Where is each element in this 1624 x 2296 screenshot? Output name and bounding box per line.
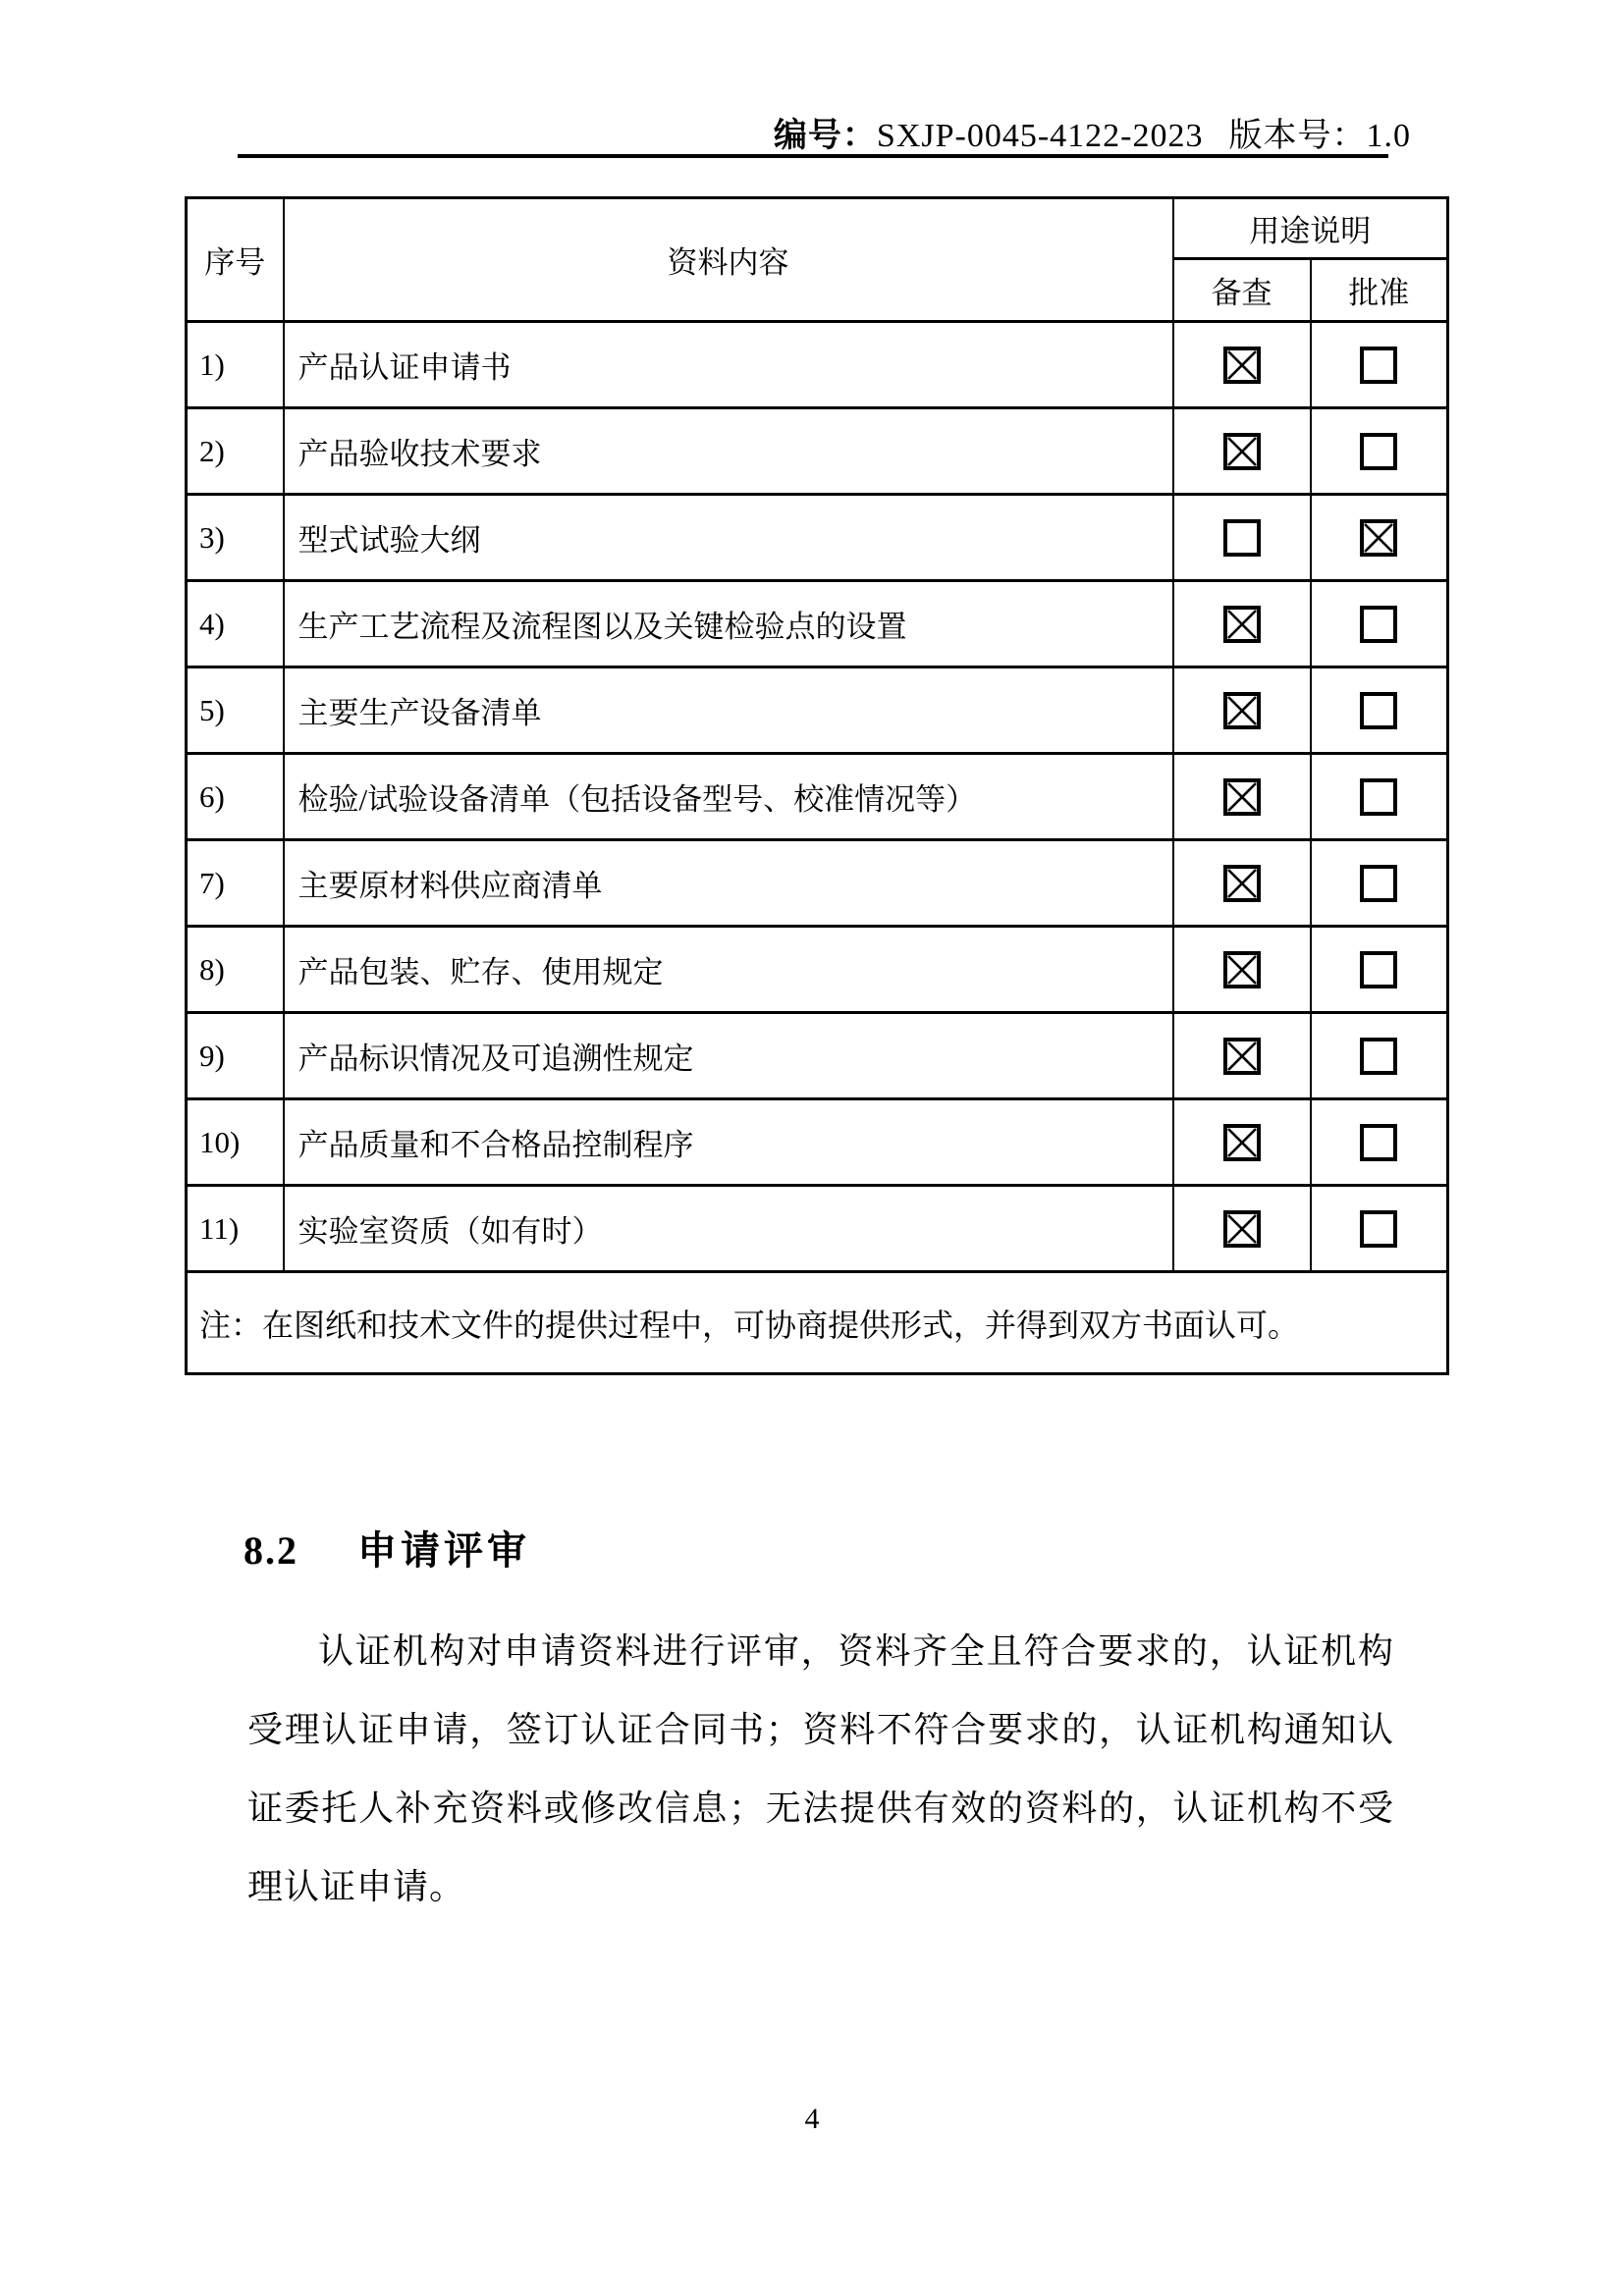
table-row: 4)生产工艺流程及流程图以及关键检验点的设置 (187, 581, 1448, 667)
check-cell (1173, 1186, 1311, 1272)
approve-cell (1311, 1099, 1448, 1186)
row-number: 10) (187, 1099, 284, 1186)
column-header-no: 序号 (187, 198, 284, 322)
check-cell (1173, 667, 1311, 754)
row-number: 3) (187, 495, 284, 581)
approve-cell (1311, 840, 1448, 927)
row-content: 产品质量和不合格品控制程序 (284, 1099, 1173, 1186)
unchecked-checkbox-icon (1360, 1038, 1397, 1075)
table-row: 1)产品认证申请书 (187, 322, 1448, 408)
check-cell (1173, 581, 1311, 667)
materials-table-head: 序号 资料内容 用途说明 备查 批准 (187, 198, 1448, 322)
row-number: 9) (187, 1013, 284, 1099)
approve-cell (1311, 1186, 1448, 1272)
approve-cell (1311, 754, 1448, 840)
table-row: 8)产品包装、贮存、使用规定 (187, 927, 1448, 1013)
checked-checkbox-icon (1223, 347, 1261, 384)
doc-number-value: SXJP-0045-4122-2023 (877, 118, 1204, 154)
row-content: 型式试验大纲 (284, 495, 1173, 581)
row-content: 产品包装、贮存、使用规定 (284, 927, 1173, 1013)
row-number: 6) (187, 754, 284, 840)
checked-checkbox-icon (1223, 1124, 1261, 1161)
check-cell (1173, 1013, 1311, 1099)
checked-checkbox-icon (1223, 692, 1261, 729)
check-cell (1173, 927, 1311, 1013)
table-row: 3)型式试验大纲 (187, 495, 1448, 581)
row-content: 实验室资质（如有时） (284, 1186, 1173, 1272)
row-content: 主要生产设备清单 (284, 667, 1173, 754)
row-number: 7) (187, 840, 284, 927)
checked-checkbox-icon (1223, 778, 1261, 816)
table-row: 7)主要原材料供应商清单 (187, 840, 1448, 927)
approve-cell (1311, 495, 1448, 581)
row-number: 11) (187, 1186, 284, 1272)
unchecked-checkbox-icon (1360, 1210, 1397, 1248)
header-rule (238, 154, 1388, 158)
table-row: 2)产品验收技术要求 (187, 408, 1448, 495)
materials-table-note: 注：在图纸和技术文件的提供过程中，可协商提供形式，并得到双方书面认可。 (187, 1272, 1448, 1374)
checked-checkbox-icon (1360, 519, 1397, 557)
row-number: 4) (187, 581, 284, 667)
column-header-approve: 批准 (1311, 259, 1448, 322)
section-heading: 8.2申请评审 (244, 1520, 530, 1575)
doc-header: 编号：SXJP-0045-4122-2023版本号：1.0 (0, 108, 1411, 156)
doc-version-value: 1.0 (1367, 118, 1412, 154)
row-content: 产品标识情况及可追溯性规定 (284, 1013, 1173, 1099)
unchecked-checkbox-icon (1360, 347, 1397, 384)
check-cell (1173, 754, 1311, 840)
column-header-content: 资料内容 (284, 198, 1173, 322)
unchecked-checkbox-icon (1360, 692, 1397, 729)
check-cell (1173, 840, 1311, 927)
checked-checkbox-icon (1223, 1038, 1261, 1075)
unchecked-checkbox-icon (1223, 519, 1261, 557)
table-row: 11)实验室资质（如有时） (187, 1186, 1448, 1272)
doc-version-label: 版本号： (1229, 118, 1367, 154)
unchecked-checkbox-icon (1360, 433, 1397, 470)
approve-cell (1311, 927, 1448, 1013)
table-note-text: 注：在图纸和技术文件的提供过程中，可协商提供形式，并得到双方书面认可。 (187, 1272, 1448, 1374)
row-content: 产品验收技术要求 (284, 408, 1173, 495)
checked-checkbox-icon (1223, 1210, 1261, 1248)
row-content: 主要原材料供应商清单 (284, 840, 1173, 927)
approve-cell (1311, 581, 1448, 667)
body-paragraph: 认证机构对申请资料进行评审，资料齐全且符合要求的，认证机构受理认证申请，签订认证… (247, 1612, 1394, 1926)
approve-cell (1311, 408, 1448, 495)
approve-cell (1311, 322, 1448, 408)
table-row: 6)检验/试验设备清单（包括设备型号、校准情况等） (187, 754, 1448, 840)
doc-number-label: 编号： (774, 117, 877, 154)
approve-cell (1311, 1013, 1448, 1099)
unchecked-checkbox-icon (1360, 778, 1397, 816)
table-row: 5)主要生产设备清单 (187, 667, 1448, 754)
approve-cell (1311, 667, 1448, 754)
row-number: 1) (187, 322, 284, 408)
checked-checkbox-icon (1223, 865, 1261, 902)
section-number: 8.2 (244, 1528, 298, 1573)
document-page: 编号：SXJP-0045-4122-2023版本号：1.0 序号 资料内容 用途… (0, 0, 1624, 2296)
checked-checkbox-icon (1223, 606, 1261, 643)
column-header-check: 备查 (1173, 259, 1311, 322)
table-row: 10)产品质量和不合格品控制程序 (187, 1099, 1448, 1186)
unchecked-checkbox-icon (1360, 951, 1397, 988)
row-content: 生产工艺流程及流程图以及关键检验点的设置 (284, 581, 1173, 667)
check-cell (1173, 408, 1311, 495)
unchecked-checkbox-icon (1360, 865, 1397, 902)
row-number: 8) (187, 927, 284, 1013)
row-content: 检验/试验设备清单（包括设备型号、校准情况等） (284, 754, 1173, 840)
materials-table: 序号 资料内容 用途说明 备查 批准 1)产品认证申请书2)产品验收技术要求3)… (185, 196, 1449, 1375)
checked-checkbox-icon (1223, 951, 1261, 988)
unchecked-checkbox-icon (1360, 1124, 1397, 1161)
page-number: 4 (0, 2103, 1624, 2136)
check-cell (1173, 495, 1311, 581)
row-number: 5) (187, 667, 284, 754)
column-header-purpose: 用途说明 (1173, 198, 1448, 259)
row-content: 产品认证申请书 (284, 322, 1173, 408)
checked-checkbox-icon (1223, 433, 1261, 470)
check-cell (1173, 1099, 1311, 1186)
materials-table-body: 1)产品认证申请书2)产品验收技术要求3)型式试验大纲4)生产工艺流程及流程图以… (187, 322, 1448, 1272)
section-title: 申请评审 (357, 1528, 530, 1573)
unchecked-checkbox-icon (1360, 606, 1397, 643)
table-row: 9)产品标识情况及可追溯性规定 (187, 1013, 1448, 1099)
check-cell (1173, 322, 1311, 408)
row-number: 2) (187, 408, 284, 495)
